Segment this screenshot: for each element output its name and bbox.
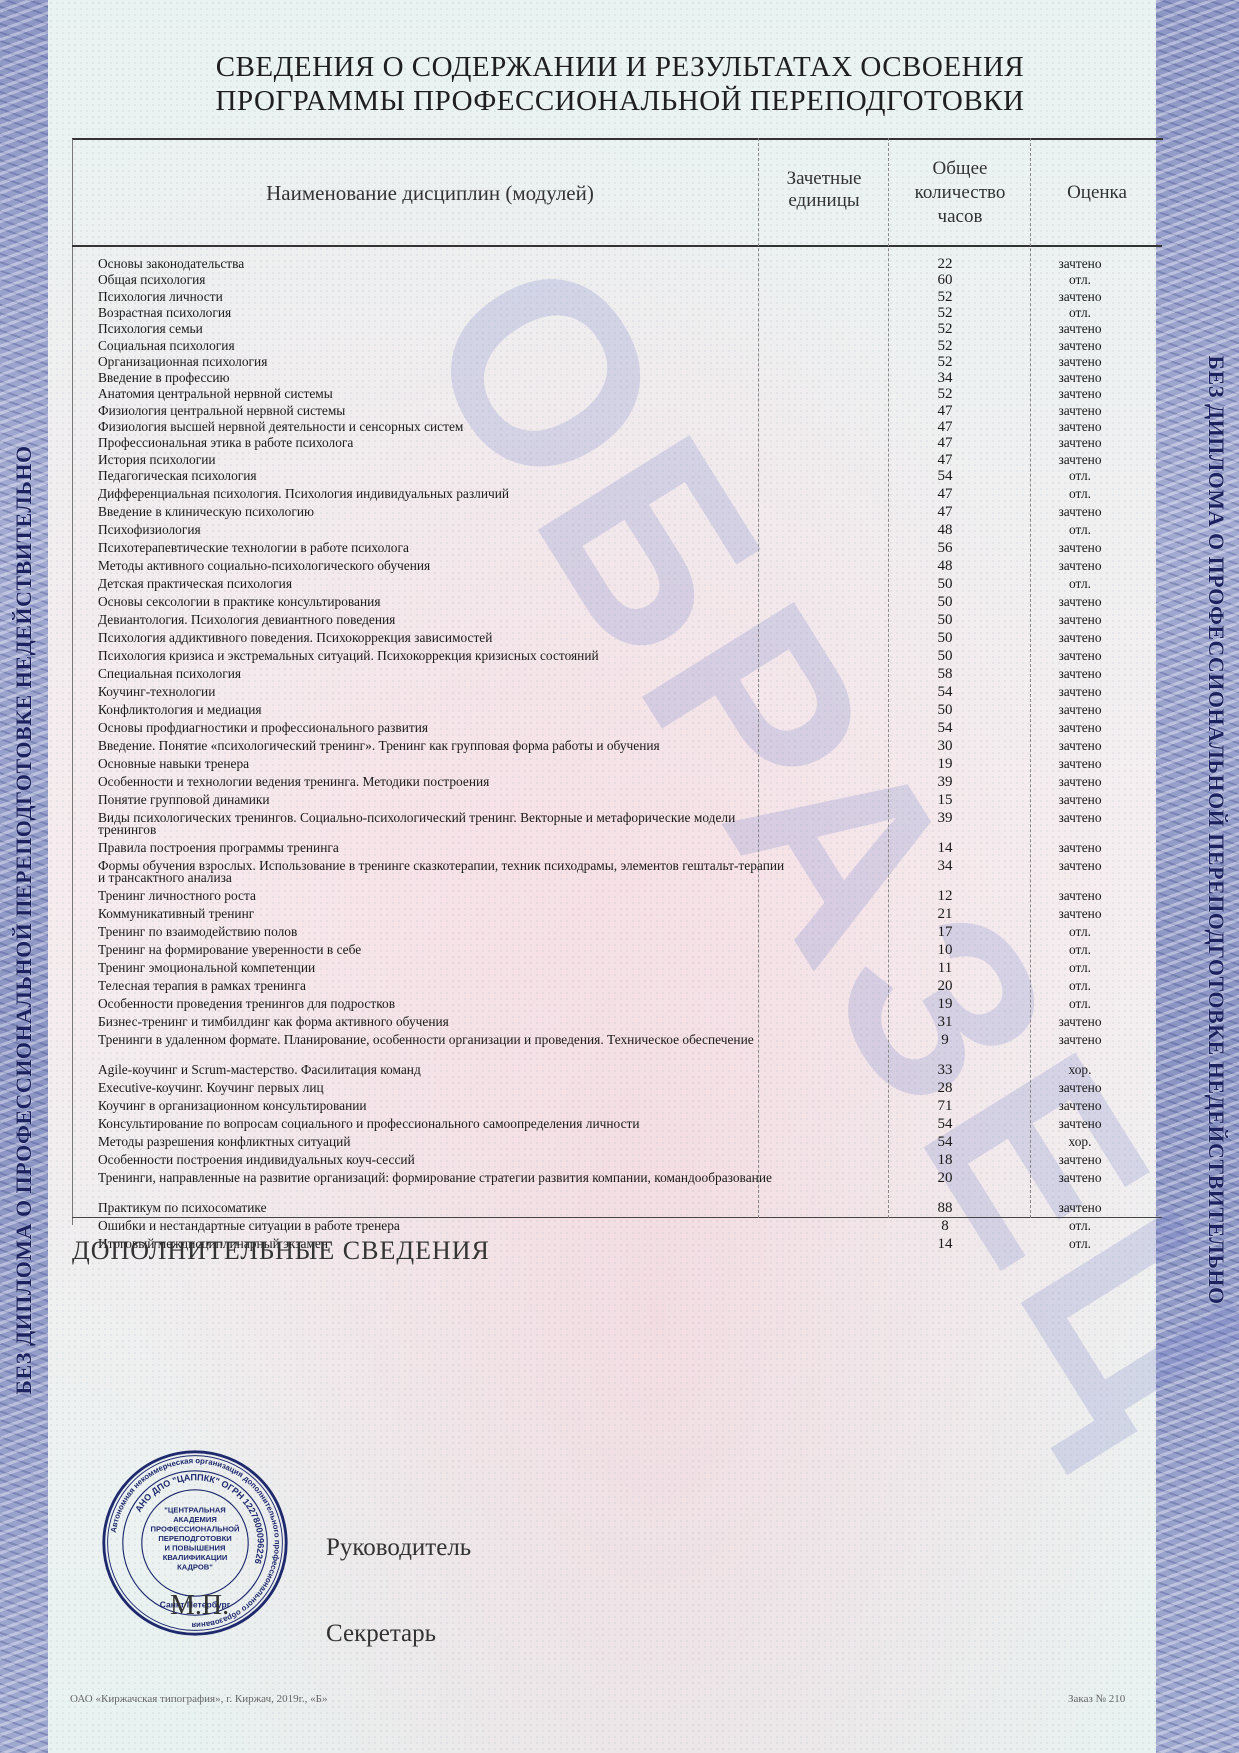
discipline-name: Введение в клиническую психологию	[98, 506, 788, 518]
grade-value: отл.	[1040, 578, 1120, 590]
grade-value: зачтено	[1040, 405, 1120, 417]
discipline-name: Практикум по психосоматике	[98, 1202, 788, 1214]
grade-value: зачтено	[1040, 596, 1120, 608]
hours-value: 10	[925, 944, 965, 956]
hours-value: 47	[925, 437, 965, 449]
discipline-name: Особенности проведения тренингов для под…	[98, 998, 788, 1010]
hours-value: 50	[925, 596, 965, 608]
discipline-name: Основы профдиагностики и профессионально…	[98, 722, 788, 734]
discipline-name: Психотерапевтические технологии в работе…	[98, 542, 788, 554]
column-header-hours: Общее количество часов	[892, 157, 1028, 229]
hours-value: 17	[925, 926, 965, 938]
grade-value: отл.	[1040, 944, 1120, 956]
hours-value: 47	[925, 454, 965, 466]
grade-value: зачтено	[1040, 668, 1120, 680]
discipline-name: Executive-коучинг. Коучинг первых лиц	[98, 1082, 788, 1094]
discipline-name: Консультирование по вопросам социального…	[98, 1118, 788, 1130]
discipline-name: Особенности построения индивидуальных ко…	[98, 1154, 788, 1166]
discipline-name: Тренинг эмоциональной компетенции	[98, 962, 788, 974]
hours-value: 8	[925, 1220, 965, 1232]
grade-value: отл.	[1040, 980, 1120, 992]
discipline-name: Ошибки и нестандартные ситуации в работе…	[98, 1220, 788, 1232]
hours-value: 14	[925, 1238, 965, 1250]
grade-value: зачтено	[1040, 794, 1120, 806]
discipline-name: Коучинг-технологии	[98, 686, 788, 698]
discipline-name: Анатомия центральной нервной системы	[98, 388, 788, 400]
hours-value: 19	[925, 998, 965, 1010]
hours-value: 50	[925, 578, 965, 590]
hours-value: 22	[925, 258, 965, 270]
grade-value: зачтено	[1040, 1172, 1120, 1184]
hours-value: 52	[925, 340, 965, 352]
column-divider-grade	[1030, 138, 1031, 1218]
signature-secretary-label: Секретарь	[326, 1620, 436, 1648]
grade-value: зачтено	[1040, 758, 1120, 770]
discipline-name: Правила построения программы тренинга	[98, 842, 788, 854]
discipline-name: Детская практическая психология	[98, 578, 788, 590]
discipline-name: Коммуникативный тренинг	[98, 908, 788, 920]
left-border-text: БЕЗ ДИПЛОМА О ПРОФЕССИОНАЛЬНОЙ ПЕРЕПОДГО…	[11, 445, 37, 1394]
hours-value: 52	[925, 356, 965, 368]
hours-value: 9	[925, 1034, 965, 1046]
discipline-name: Тренинги, направленные на развитие орган…	[98, 1172, 788, 1184]
hours-value: 54	[925, 470, 965, 482]
discipline-name: Тренинг на формирование уверенности в се…	[98, 944, 788, 956]
hours-value: 34	[925, 860, 965, 872]
column-divider-hours	[888, 138, 889, 1218]
discipline-name: Общая психология	[98, 274, 788, 286]
grade-value: отл.	[1040, 998, 1120, 1010]
grade-value: отл.	[1040, 307, 1120, 319]
hours-value: 52	[925, 323, 965, 335]
discipline-name: Девиантология. Психология девиантного по…	[98, 614, 788, 626]
discipline-name: Тренинг личностного роста	[98, 890, 788, 902]
discipline-name: Конфликтология и медиация	[98, 704, 788, 716]
grade-value: зачтено	[1040, 372, 1120, 384]
hours-value: 30	[925, 740, 965, 752]
discipline-name: Бизнес-тренинг и тимбилдинг как форма ак…	[98, 1016, 788, 1028]
grade-value: отл.	[1040, 926, 1120, 938]
svg-text:КАДРОВ": КАДРОВ"	[177, 1563, 213, 1572]
grade-value: зачтено	[1040, 650, 1120, 662]
hours-value: 54	[925, 1118, 965, 1130]
grade-value: отл.	[1040, 524, 1120, 536]
discipline-name: Педагогическая психология	[98, 470, 788, 482]
grade-value: зачтено	[1040, 812, 1120, 824]
grade-value: отл.	[1040, 470, 1120, 482]
grade-value: хор.	[1040, 1136, 1120, 1148]
discipline-name: Agile-коучинг и Scrum-мастерство. Фасили…	[98, 1064, 788, 1076]
grade-value: зачтено	[1040, 1202, 1120, 1214]
grade-value: зачтено	[1040, 740, 1120, 752]
signature-head-label: Руководитель	[326, 1534, 471, 1562]
right-security-border: БЕЗ ДИПЛОМА О ПРОФЕССИОНАЛЬНОЙ ПЕРЕПОДГО…	[1156, 0, 1239, 1753]
hours-value: 47	[925, 405, 965, 417]
right-border-text: БЕЗ ДИПЛОМА О ПРОФЕССИОНАЛЬНОЙ ПЕРЕПОДГО…	[1203, 355, 1229, 1304]
hours-value: 12	[925, 890, 965, 902]
svg-text:ПРОФЕССИОНАЛЬНОЙ: ПРОФЕССИОНАЛЬНОЙ	[151, 1525, 240, 1534]
grade-value: зачтено	[1040, 842, 1120, 854]
grade-value: зачтено	[1040, 388, 1120, 400]
grade-value: зачтено	[1040, 454, 1120, 466]
grade-value: зачтено	[1040, 323, 1120, 335]
discipline-name: Введение. Понятие «психологический трени…	[98, 740, 788, 752]
hours-value: 33	[925, 1064, 965, 1076]
grade-value: зачтено	[1040, 421, 1120, 433]
hours-value: 50	[925, 650, 965, 662]
hours-value: 52	[925, 291, 965, 303]
title-line-2: ПРОГРАММЫ ПРОФЕССИОНАЛЬНОЙ ПЕРЕПОДГОТОВК…	[150, 84, 1090, 118]
hours-value: 88	[925, 1202, 965, 1214]
title-line-1: СВЕДЕНИЯ О СОДЕРЖАНИИ И РЕЗУЛЬТАТАХ ОСВО…	[150, 50, 1090, 84]
grade-value: отл.	[1040, 1238, 1120, 1250]
hours-value: 48	[925, 524, 965, 536]
discipline-name: История психологии	[98, 454, 788, 466]
discipline-name: Психология кризиса и экстремальных ситуа…	[98, 650, 788, 662]
grade-value: зачтено	[1040, 704, 1120, 716]
grade-value: хор.	[1040, 1064, 1120, 1076]
discipline-name: Физиология центральной нервной системы	[98, 405, 788, 417]
grade-value: зачтено	[1040, 1082, 1120, 1094]
hours-value: 18	[925, 1154, 965, 1166]
grade-value: зачтено	[1040, 776, 1120, 788]
discipline-name: Основы сексологии в практике консультиро…	[98, 596, 788, 608]
grade-value: зачтено	[1040, 356, 1120, 368]
hours-value: 31	[925, 1016, 965, 1028]
grade-value: зачтено	[1040, 722, 1120, 734]
grade-value: зачтено	[1040, 506, 1120, 518]
hours-value: 19	[925, 758, 965, 770]
column-header-credits: Зачетные единицы	[762, 168, 886, 212]
svg-text:"ЦЕНТРАЛЬНАЯ: "ЦЕНТРАЛЬНАЯ	[164, 1506, 226, 1515]
grade-value: зачтено	[1040, 1118, 1120, 1130]
discipline-name: Дифференциальная психология. Психология …	[98, 488, 788, 500]
hours-value: 47	[925, 421, 965, 433]
page-title: СВЕДЕНИЯ О СОДЕРЖАНИИ И РЕЗУЛЬТАТАХ ОСВО…	[150, 50, 1090, 118]
discipline-name: Психология личности	[98, 291, 788, 303]
hours-value: 60	[925, 274, 965, 286]
discipline-name: Тренинги в удаленном формате. Планирован…	[98, 1034, 788, 1046]
grade-value: зачтено	[1040, 291, 1120, 303]
hours-value: 54	[925, 686, 965, 698]
grade-value: зачтено	[1040, 560, 1120, 572]
discipline-name: Коучинг в организационном консультирован…	[98, 1100, 788, 1112]
grade-value: зачтено	[1040, 632, 1120, 644]
column-header-grade: Оценка	[1034, 182, 1160, 204]
hours-value: 39	[925, 776, 965, 788]
hours-value: 54	[925, 1136, 965, 1148]
order-number: Заказ № 210	[1068, 1693, 1125, 1705]
grade-value: зачтено	[1040, 686, 1120, 698]
discipline-name: Психофизиология	[98, 524, 788, 536]
grade-value: отл.	[1040, 488, 1120, 500]
hours-value: 50	[925, 704, 965, 716]
svg-text:ПЕРЕПОДГОТОВКИ: ПЕРЕПОДГОТОВКИ	[158, 1534, 231, 1543]
grade-value: зачтено	[1040, 890, 1120, 902]
discipline-name: Возрастная психология	[98, 307, 788, 319]
hours-value: 58	[925, 668, 965, 680]
hours-value: 48	[925, 560, 965, 572]
hours-value: 11	[925, 962, 965, 974]
grade-value: зачтено	[1040, 437, 1120, 449]
discipline-name: Методы активного социально-психологическ…	[98, 560, 788, 572]
svg-text:КВАЛИФИКАЦИИ: КВАЛИФИКАЦИИ	[163, 1553, 228, 1562]
grade-value: зачтено	[1040, 1154, 1120, 1166]
hours-value: 47	[925, 488, 965, 500]
grade-value: отл.	[1040, 274, 1120, 286]
hours-value: 20	[925, 980, 965, 992]
printer-imprint: ОАО «Киржачская типография», г. Киржач, …	[70, 1693, 328, 1705]
discipline-name: Физиология высшей нервной деятельности и…	[98, 421, 788, 433]
hours-value: 34	[925, 372, 965, 384]
hours-value: 15	[925, 794, 965, 806]
hours-value: 52	[925, 388, 965, 400]
hours-value: 52	[925, 307, 965, 319]
discipline-name: Специальная психология	[98, 668, 788, 680]
svg-text:АКАДЕМИЯ: АКАДЕМИЯ	[173, 1515, 217, 1524]
hours-value: 50	[925, 632, 965, 644]
discipline-name: Организационная психология	[98, 356, 788, 368]
grade-value: зачтено	[1040, 340, 1120, 352]
grade-value: зачтено	[1040, 258, 1120, 270]
hours-value: 20	[925, 1172, 965, 1184]
discipline-name: Особенности и технологии ведения тренинг…	[98, 776, 788, 788]
hours-value: 47	[925, 506, 965, 518]
discipline-name: Социальная психология	[98, 340, 788, 352]
discipline-name: Методы разрешения конфликтных ситуаций	[98, 1136, 788, 1148]
discipline-name: Основы законодательства	[98, 258, 788, 270]
hours-value: 56	[925, 542, 965, 554]
hours-value: 21	[925, 908, 965, 920]
discipline-name: Профессиональная этика в работе психолог…	[98, 437, 788, 449]
discipline-name: Формы обучения взрослых. Использование в…	[98, 860, 788, 884]
hours-value: 50	[925, 614, 965, 626]
grade-value: зачтено	[1040, 542, 1120, 554]
discipline-name: Телесная терапия в рамках тренинга	[98, 980, 788, 992]
grade-value: отл.	[1040, 1220, 1120, 1232]
discipline-name: Психология аддиктивного поведения. Психо…	[98, 632, 788, 644]
discipline-name: Введение в профессию	[98, 372, 788, 384]
left-security-border: БЕЗ ДИПЛОМА О ПРОФЕССИОНАЛЬНОЙ ПЕРЕПОДГО…	[0, 0, 48, 1753]
additional-info-heading: ДОПОЛНИТЕЛЬНЫЕ СВЕДЕНИЯ	[72, 1236, 490, 1266]
grade-value: зачтено	[1040, 860, 1120, 872]
grade-value: зачтено	[1040, 908, 1120, 920]
grade-value: отл.	[1040, 962, 1120, 974]
discipline-name: Основные навыки тренера	[98, 758, 788, 770]
discipline-name: Виды психологических тренингов. Социальн…	[98, 812, 788, 836]
discipline-name: Тренинг по взаимодействию полов	[98, 926, 788, 938]
discipline-name: Психология семьи	[98, 323, 788, 335]
hours-value: 14	[925, 842, 965, 854]
grade-value: зачтено	[1040, 1100, 1120, 1112]
hours-value: 28	[925, 1082, 965, 1094]
svg-text:И ПОВЫШЕНИЯ: И ПОВЫШЕНИЯ	[165, 1544, 226, 1553]
seal-label: М.П.	[170, 1590, 229, 1622]
discipline-name: Понятие групповой динамики	[98, 794, 788, 806]
hours-value: 54	[925, 722, 965, 734]
grade-value: зачтено	[1040, 1016, 1120, 1028]
hours-value: 39	[925, 812, 965, 824]
hours-value: 71	[925, 1100, 965, 1112]
grade-value: зачтено	[1040, 1034, 1120, 1046]
header-divider	[72, 245, 1162, 247]
grade-value: зачтено	[1040, 614, 1120, 626]
column-header-name: Наименование дисциплин (модулей)	[120, 182, 740, 204]
